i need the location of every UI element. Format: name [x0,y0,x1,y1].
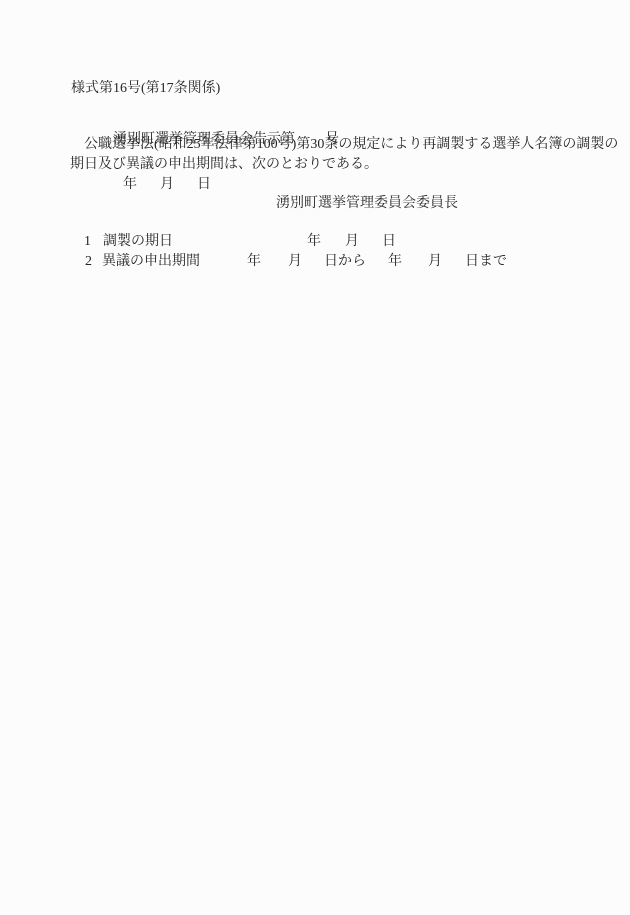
item-2-to-month-label: 月 [428,255,442,269]
list-item-2: 2 異議の申出期間 年 月 日から 年 月 日まで [0,255,630,273]
item-1-month-label: 月 [345,235,359,249]
form-number-label: 様式第16号(第17条関係) [71,82,220,96]
item-1-year-label: 年 [307,235,321,249]
item-2-to-day-label: 日まで [465,255,507,269]
item-2-number: 2 [85,255,92,269]
document-page: 様式第16号(第17条関係) 湧別町選挙管理委員会告示第号 公職選挙法(昭和25… [0,0,630,915]
issue-date-day-label: 日 [197,178,211,192]
body-paragraph-line2: 期日及び異議の申出期間は、次のとおりである。 [70,158,378,172]
issue-date-year-label: 年 [123,178,137,192]
issue-date-line: 年 月 日 [0,178,630,196]
issue-date-month-label: 月 [160,178,174,192]
signature-line: 湧別町選挙管理委員会委員長 [276,197,458,211]
item-2-from-day-label: 日から [324,255,366,269]
item-1-title: 調製の期日 [103,235,173,249]
list-item-1: 1 調製の期日 年 月 日 [0,235,630,253]
item-2-from-month-label: 月 [288,255,302,269]
item-1-number: 1 [84,235,91,249]
body-paragraph-line1: 公職選挙法(昭和25年法律第100号)第30条の規定により再調製する選挙人名簿の… [84,138,618,152]
item-1-day-label: 日 [382,235,396,249]
item-2-from-year-label: 年 [247,255,261,269]
item-2-to-year-label: 年 [388,255,402,269]
item-2-title: 異議の申出期間 [102,255,200,269]
